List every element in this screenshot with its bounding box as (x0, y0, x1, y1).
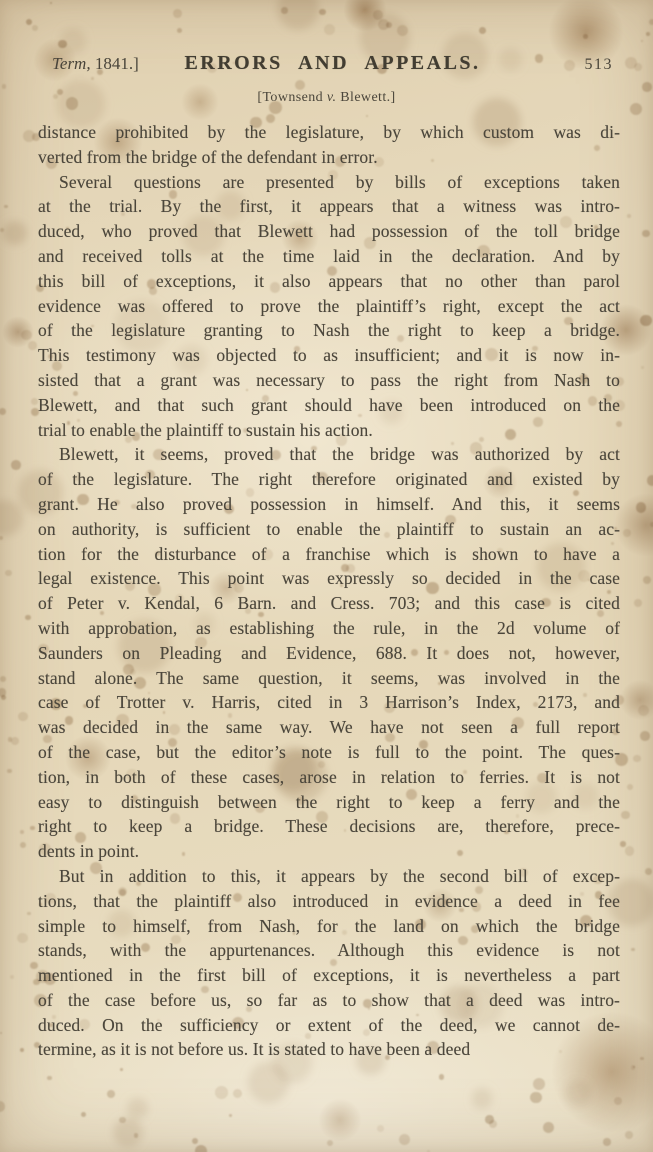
text-line: of the case, but the editor’s note is fu… (38, 740, 620, 765)
text-line: mentioned in the first bill of exception… (38, 963, 620, 988)
page-title: ERRORS AND APPEALS. (184, 52, 480, 75)
text-line: Blewett, it seems, proved that the bridg… (38, 442, 620, 467)
text-line: stand alone. The same question, it seems… (38, 666, 620, 691)
text-line: case of Trotter v. Harris, cited in 3 Ha… (38, 690, 620, 715)
text-line: stands, with the appurtenances. Although… (38, 938, 620, 963)
text-line: tion for the disturbance of a franchise … (38, 542, 620, 567)
text-line: trial to enable the plaintiff to sustain… (38, 418, 620, 443)
text-line: and received tolls at the time laid in t… (38, 244, 620, 269)
running-header: Term, 1841.] ERRORS AND APPEALS. 513 (0, 0, 653, 75)
text-line: with approbation, as establishing the ru… (38, 616, 620, 641)
case-caption: [Townsend v. Blewett.] (0, 90, 653, 106)
text-line: duced, who proved that Blewett had posse… (38, 219, 620, 244)
text-line: evidence was offered to prove the plaint… (38, 294, 620, 319)
text-line: But in addition to this, it appears by t… (38, 864, 620, 889)
text-line: easy to distinguish between the right to… (38, 790, 620, 815)
text-line: verted from the bridge of the defendant … (38, 145, 620, 170)
text-line: at the trial. By the first, it appears t… (38, 194, 620, 219)
text-line: right to keep a bridge. These decisions … (38, 814, 620, 839)
text-line: duced. On the sufficiency or extent of t… (38, 1013, 620, 1038)
text-line: of the case before us, so far as to show… (38, 988, 620, 1013)
text-line: was decided in the same way. We have not… (38, 715, 620, 740)
text-line: tion, in both of these cases, arose in r… (38, 765, 620, 790)
text-line: This testimony was objected to as insuff… (38, 343, 620, 368)
paragraph: Several questions are presented by bills… (38, 170, 620, 443)
text-line: simple to himself, from Nash, for the la… (38, 914, 620, 939)
paragraph: But in addition to this, it appears by t… (38, 864, 620, 1062)
page-content: Term, 1841.] ERRORS AND APPEALS. 513 [To… (0, 0, 653, 1152)
text-line: legal existence. This point was expressl… (38, 566, 620, 591)
text-line: of the legislature granting to Nash the … (38, 318, 620, 343)
text-line: of Peter v. Kendal, 6 Barn. and Cress. 7… (38, 591, 620, 616)
text-line: Blewett, and that such grant should have… (38, 393, 620, 418)
body-text: distance prohibited by the legislature, … (38, 120, 620, 1062)
caption-versus: v. (327, 90, 336, 105)
text-line: this bill of exceptions, it also appears… (38, 269, 620, 294)
text-line: termine, as it is not before us. It is s… (38, 1037, 620, 1062)
paragraph: distance prohibited by the legislature, … (38, 120, 620, 170)
text-line: on authority, is sufficient to enable th… (38, 517, 620, 542)
caption-post: Blewett.] (336, 90, 395, 105)
text-line: sisted that a grant was necessary to pas… (38, 368, 620, 393)
page-number: 513 (585, 56, 614, 74)
text-line: distance prohibited by the legislature, … (38, 120, 620, 145)
text-line: grant. He also proved possession in hims… (38, 492, 620, 517)
term-year-value: 1841.] (91, 54, 139, 73)
book-page: Term, 1841.] ERRORS AND APPEALS. 513 [To… (0, 0, 653, 1152)
text-line: of the legislature. The right therefore … (38, 467, 620, 492)
text-line: dents in point. (38, 839, 620, 864)
term-year: Term, 1841.] (52, 54, 184, 74)
text-line: Several questions are presented by bills… (38, 170, 620, 195)
text-line: Saunders on Pleading and Evidence, 688. … (38, 641, 620, 666)
paragraph: Blewett, it seems, proved that the bridg… (38, 442, 620, 864)
text-line: tions, that the plaintiff also introduce… (38, 889, 620, 914)
term-label: Term, (52, 54, 91, 73)
caption-pre: [Townsend (257, 90, 327, 105)
